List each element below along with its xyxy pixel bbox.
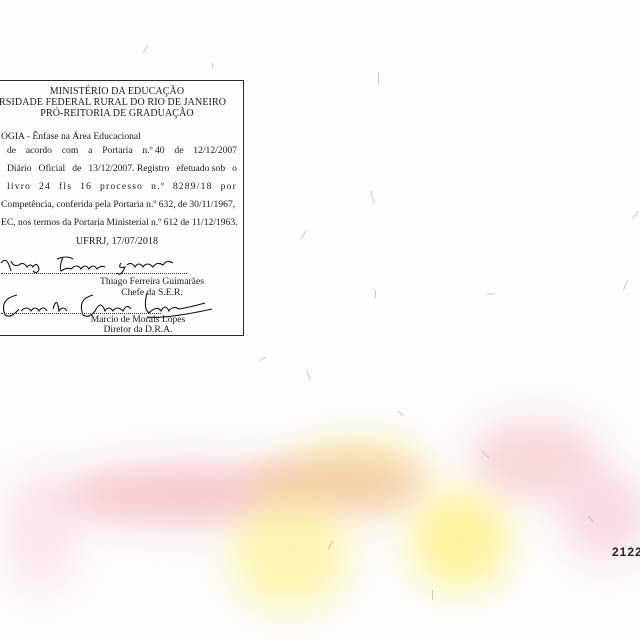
- word: Portaria: [102, 145, 132, 156]
- word: 8289/18: [173, 181, 213, 192]
- word: n.º 40: [142, 145, 164, 156]
- paper-fiber: [259, 357, 266, 362]
- word: a: [88, 145, 92, 156]
- paper-fiber: [375, 290, 376, 298]
- paper-fiber: [378, 73, 379, 85]
- signatory-2-role: Diretor da D.R.A.: [63, 324, 213, 335]
- stamp-mec-line: EC, nos termos da Portaria Ministerial n…: [1, 217, 238, 228]
- word: de: [7, 145, 16, 156]
- paper-fiber: [632, 211, 639, 219]
- word: 16: [80, 181, 92, 192]
- signatory-1-name: Thiago Ferreira Guimarães: [77, 276, 227, 287]
- paper-fiber: [370, 190, 375, 204]
- word: efetuado sob: [176, 163, 225, 174]
- paper-fiber: [486, 293, 494, 295]
- paper-fiber: [301, 230, 307, 239]
- word: 12/12/2007: [193, 145, 237, 156]
- paper-fiber: [212, 63, 213, 69]
- stamp-pro-rectorate: PRÓ-REITORIA DE GRADUAÇÃO: [0, 108, 237, 120]
- signature-line-1: [1, 273, 187, 274]
- word: por: [221, 181, 237, 192]
- stamp-body-line-1: de acordo com a Portaria n.º 40 de 12/12…: [7, 145, 237, 156]
- stain: [410, 490, 510, 590]
- word: Diário: [7, 163, 32, 174]
- stamp-ministry: MINISTÉRIO DA EDUCAÇÃO: [0, 86, 237, 98]
- word: n.º: [151, 181, 165, 192]
- document-page: MINISTÉRIO DA EDUCAÇÃO RSIDADE FEDERAL R…: [0, 0, 640, 640]
- paper-fiber: [306, 370, 310, 380]
- word: livro: [7, 181, 31, 192]
- stamp-university: RSIDADE FEDERAL RURAL DO RIO DE JANEIRO: [0, 97, 239, 109]
- page-number: 2122: [612, 545, 640, 559]
- word: 24: [39, 181, 51, 192]
- stamp-course: OGIA - Ênfase na Área Educacional: [1, 131, 141, 142]
- word: de: [174, 145, 183, 156]
- stain: [230, 500, 350, 610]
- stamp-place-date: UFRRJ, 17/07/2018: [17, 236, 217, 248]
- registration-stamp: MINISTÉRIO DA EDUCAÇÃO RSIDADE FEDERAL R…: [0, 80, 244, 336]
- paper-fiber: [143, 45, 148, 52]
- stamp-body-line-3: livro 24 fls 16 processo n.º 8289/18 por: [7, 181, 237, 192]
- word: fls: [59, 181, 72, 192]
- paper-fiber: [623, 280, 627, 290]
- word: o: [232, 163, 237, 174]
- stamp-competencia-line: Competência, conferida pela Portaria n.º…: [1, 199, 235, 210]
- word: com: [62, 145, 79, 156]
- paper-fiber: [397, 411, 403, 416]
- word: de: [72, 163, 81, 174]
- word: Oficial: [39, 163, 66, 174]
- word: 13/12/2007. Registro: [88, 163, 169, 174]
- paper-fiber: [432, 590, 433, 600]
- word: processo: [100, 181, 143, 192]
- word: acordo: [26, 145, 52, 156]
- stamp-body-line-2: Diário Oficial de 13/12/2007. Registro e…: [7, 163, 237, 174]
